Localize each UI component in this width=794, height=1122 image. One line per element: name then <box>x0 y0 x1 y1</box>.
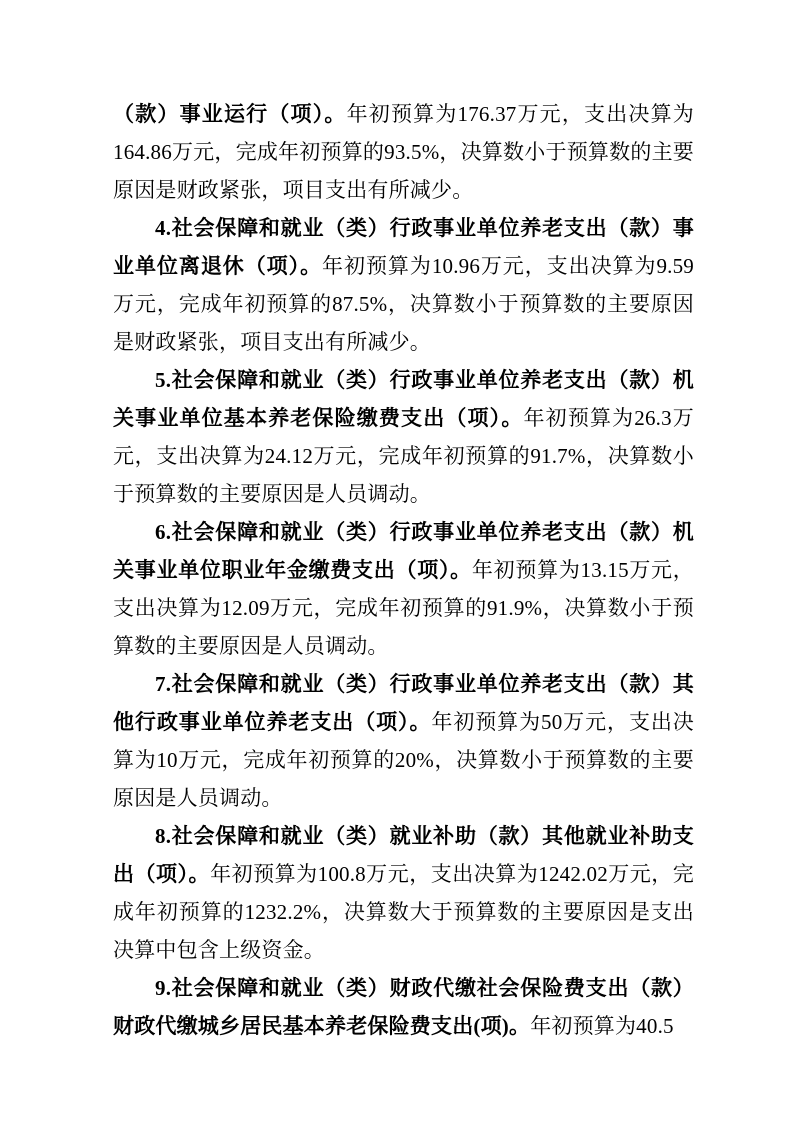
paragraph-item-9: 9.社会保障和就业（类）财政代缴社会保险费支出（款）财政代缴城乡居民基本养老保险… <box>113 969 694 1045</box>
paragraph-item-7: 7.社会保障和就业（类）行政事业单位养老支出（款）其他行政事业单位养老支出（项）… <box>113 665 694 817</box>
budget-item-body: 年初预算为40.5 <box>530 1014 674 1038</box>
document-page: （款）事业运行（项）。年初预算为176.37万元，支出决算为164.86万元，完… <box>0 0 794 1122</box>
budget-item-heading: （款）事业运行（项）。 <box>113 102 347 126</box>
paragraph-item-8: 8.社会保障和就业（类）就业补助（款）其他就业补助支出（项）。年初预算为100.… <box>113 817 694 969</box>
paragraph-continuation: （款）事业运行（项）。年初预算为176.37万元，支出决算为164.86万元，完… <box>113 95 694 209</box>
paragraph-item-6: 6.社会保障和就业（类）行政事业单位养老支出（款）机关事业单位职业年金缴费支出（… <box>113 513 694 665</box>
document-body: （款）事业运行（项）。年初预算为176.37万元，支出决算为164.86万元，完… <box>113 95 694 1045</box>
paragraph-item-5: 5.社会保障和就业（类）行政事业单位养老支出（款）机关事业单位基本养老保险缴费支… <box>113 361 694 513</box>
paragraph-item-4: 4.社会保障和就业（类）行政事业单位养老支出（款）事业单位离退休（项）。年初预算… <box>113 209 694 361</box>
